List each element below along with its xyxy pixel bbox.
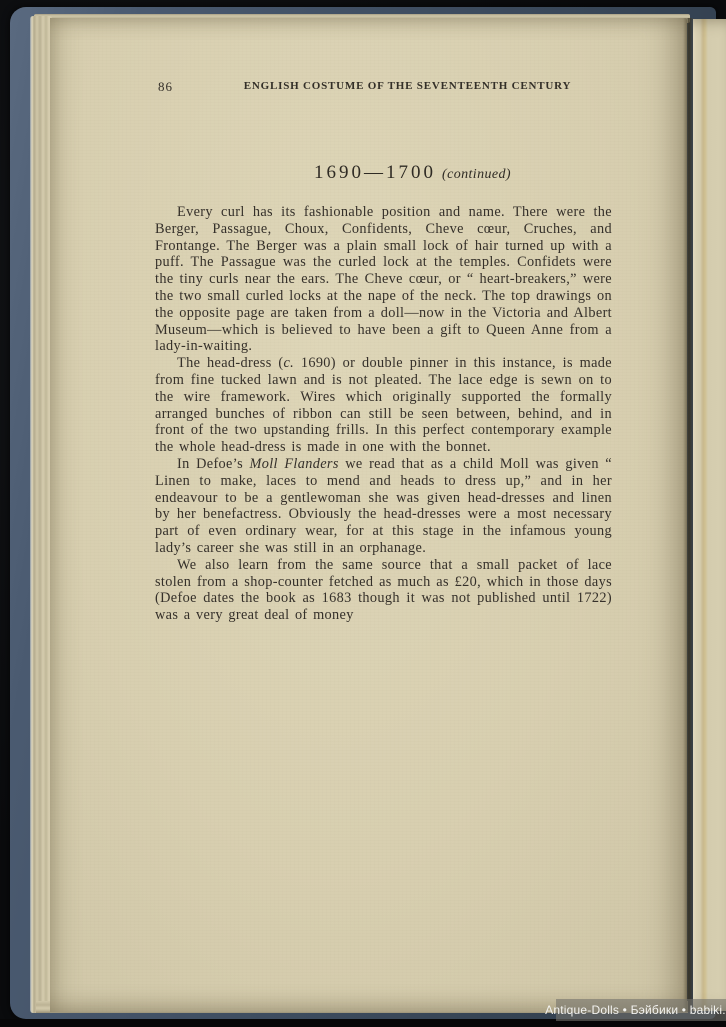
text-segment: The head-dress (: [177, 355, 283, 371]
paragraph: The head-dress (c. 1690) or double pinne…: [155, 355, 612, 456]
paragraph: Every curl has its fashionable position …: [155, 204, 612, 355]
page-body: Every curl has its fashionable position …: [155, 204, 612, 624]
text-segment: We also learn from the same source that …: [155, 557, 612, 623]
page-number: 86: [158, 79, 173, 95]
paragraph: In Defoe’s Moll Flanders we read that as…: [155, 456, 612, 557]
italic-segment: c.: [283, 355, 294, 371]
paragraph: We also learn from the same source that …: [155, 557, 612, 624]
facing-page-edge: [693, 19, 726, 1011]
photo-backdrop: 86 ENGLISH COSTUME OF THE SEVENTEENTH CE…: [0, 0, 726, 1027]
page-gutter-shadow: [683, 18, 693, 1012]
page-stack-left-edge: [30, 16, 52, 1013]
running-head: ENGLISH COSTUME OF THE SEVENTEENTH CENTU…: [179, 80, 636, 92]
section-heading: 1690—1700(continued): [184, 162, 641, 184]
heading-years: 1690—1700: [314, 162, 436, 183]
book-page: 86 ENGLISH COSTUME OF THE SEVENTEENTH CE…: [50, 18, 687, 1012]
text-segment: In Defoe’s: [177, 456, 249, 472]
heading-continued: (continued): [442, 167, 511, 182]
watermark-bar: Antique-Dolls • Бэйбики • babiki.ru: [556, 999, 726, 1021]
watermark-text: Antique-Dolls • Бэйбики • babiki.ru: [545, 1003, 726, 1017]
italic-segment: Moll Flanders: [249, 456, 338, 472]
text-segment: Every curl has its fashionable position …: [155, 204, 612, 354]
